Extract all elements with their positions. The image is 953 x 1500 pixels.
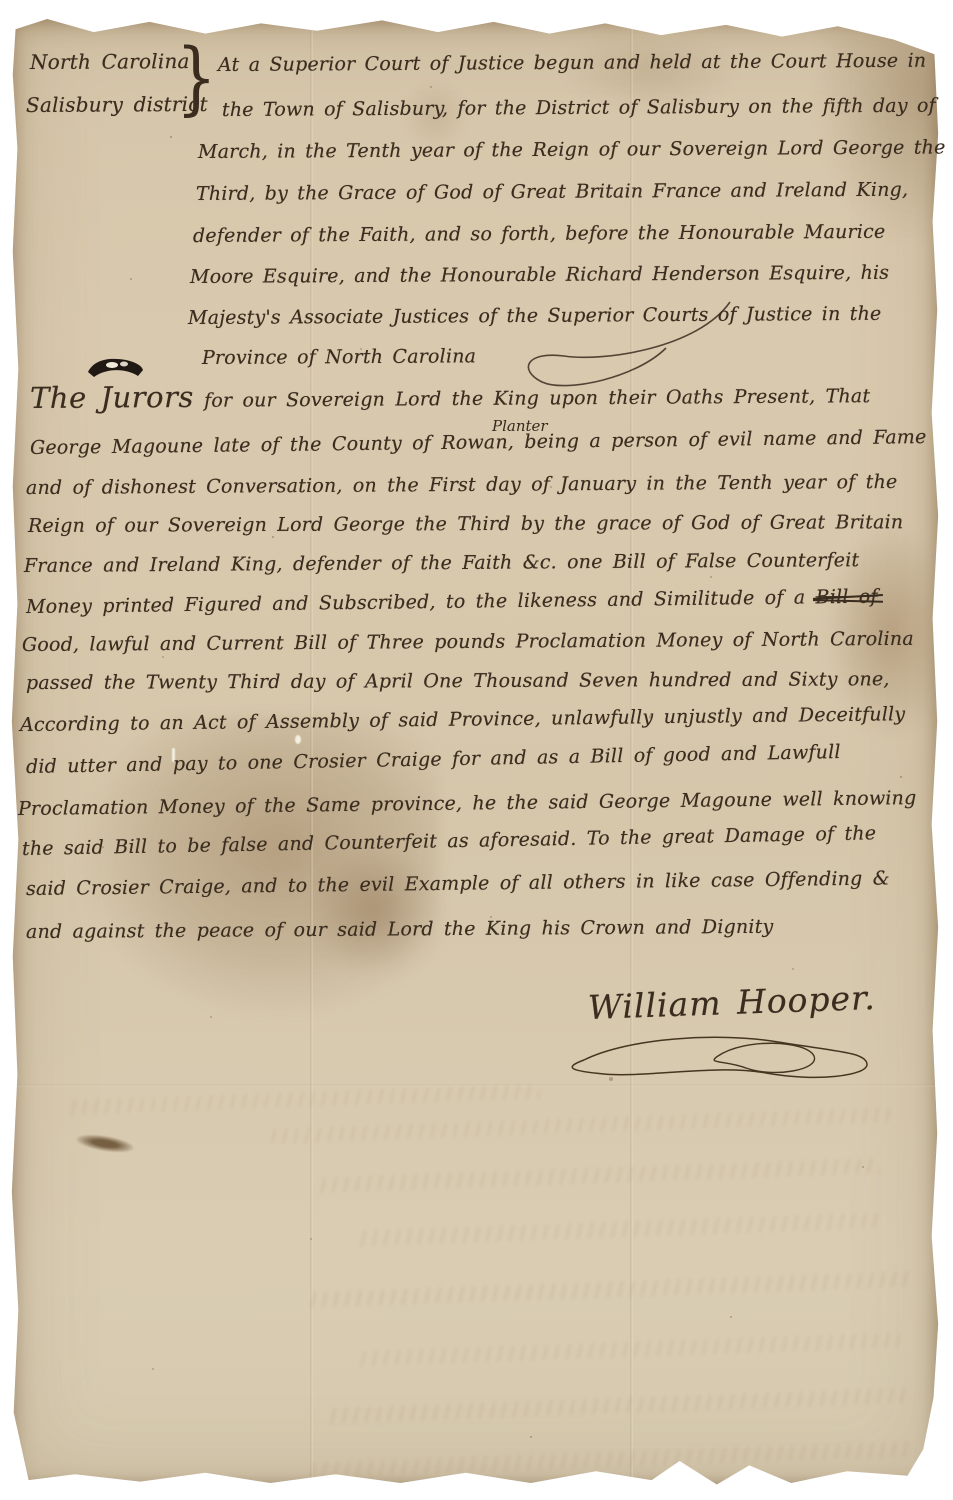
- heading-line: At a Superior Court of Justice begun and…: [218, 50, 926, 76]
- body-line: Proclamation Money of the Same province,…: [18, 787, 917, 820]
- body-line-text: Money printed Figured and Subscribed, to…: [26, 586, 806, 618]
- body-line: According to an Act of Assembly of said …: [20, 703, 906, 736]
- manuscript-text: North Carolina Salisbury district } At a…: [0, 0, 953, 1500]
- body-lead-rest: for our Sovereign Lord the King upon the…: [204, 385, 870, 412]
- body-line: the said Bill to be false and Counterfei…: [22, 822, 877, 860]
- heading-line: Moore Esquire, and the Honourable Richar…: [190, 262, 889, 288]
- signature-flourish: [548, 1026, 878, 1088]
- body-line: Money printed Figured and Subscribed, to…: [26, 586, 878, 618]
- heading-line: defender of the Faith, and so forth, bef…: [193, 221, 886, 247]
- body-line: and of dishonest Conversation, on the Fi…: [26, 471, 898, 499]
- ink-blot: [86, 356, 146, 380]
- document-scan: North Carolina Salisbury district } At a…: [0, 0, 953, 1500]
- body-line: passed the Twenty Third day of April One…: [26, 668, 890, 694]
- caption-place-line1: North Carolina: [30, 49, 190, 74]
- body-lead-line: The Jurors for our Sovereign Lord the Ki…: [30, 375, 870, 415]
- struck-out-text: Bill of: [815, 586, 877, 609]
- body-line: said Crosier Craige, and to the evil Exa…: [26, 867, 890, 900]
- body-line: George Magoune late of the County of Row…: [30, 426, 927, 459]
- caption-brace: }: [176, 38, 217, 118]
- body-lead: The Jurors: [30, 380, 194, 415]
- body-line: and against the peace of our said Lord t…: [26, 916, 774, 943]
- heading-line: Third, by the Grace of God of Great Brit…: [196, 179, 908, 205]
- body-line: Good, lawful and Current Bill of Three p…: [22, 628, 914, 656]
- body-line: France and Ireland King, defender of the…: [24, 549, 859, 577]
- signature: William Hooper.: [587, 978, 876, 1027]
- heading-line: the Town of Salisbury, for the District …: [222, 95, 936, 121]
- heading-line: Province of North Carolina: [202, 345, 476, 369]
- body-line: did utter and pay to one Crosier Craige …: [26, 741, 841, 778]
- heading-line: March, in the Tenth year of the Reign of…: [198, 136, 946, 163]
- body-line: Reign of our Sovereign Lord George the T…: [28, 511, 903, 537]
